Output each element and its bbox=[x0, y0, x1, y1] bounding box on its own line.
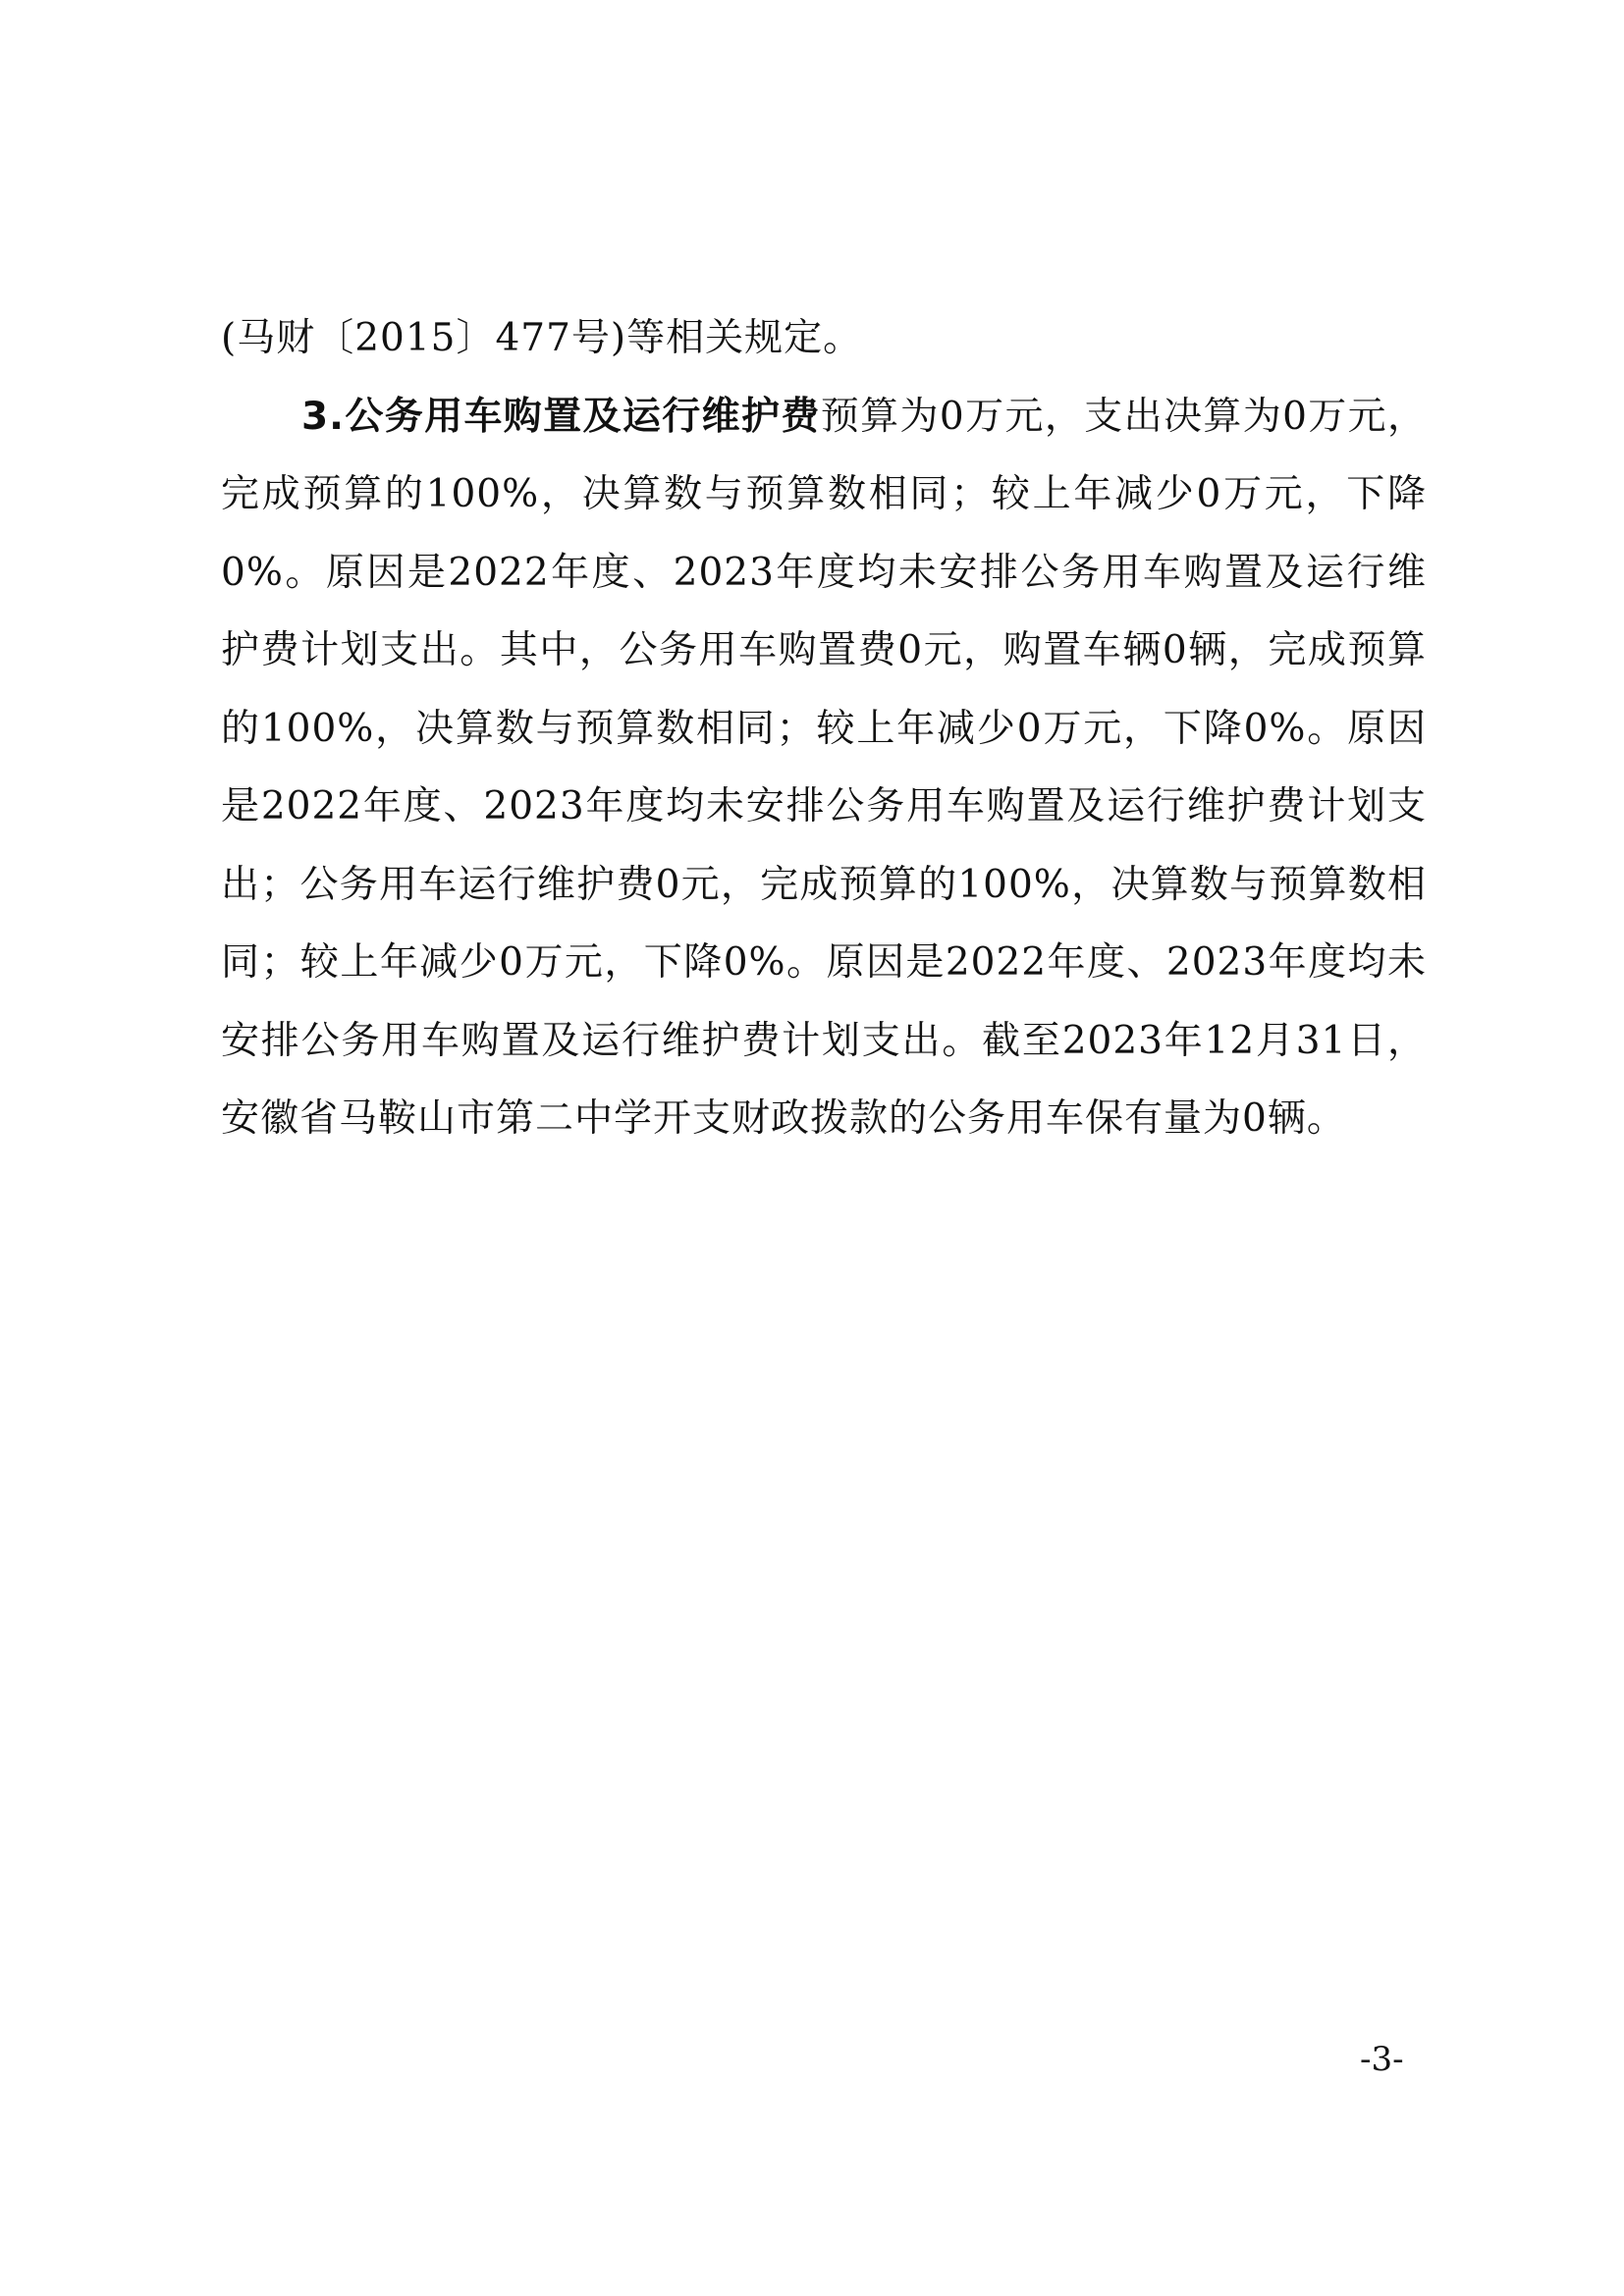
document-page: (马财〔2015〕477号)等相关规定。 3.公务用车购置及运行维护费预算为0万… bbox=[0, 0, 1624, 2296]
paragraph-vehicle-expense: 3.公务用车购置及运行维护费预算为0万元，支出决算为0万元，完成预算的100%，… bbox=[221, 378, 1427, 1158]
paragraph-text: (马财〔2015〕477号)等相关规定。 bbox=[221, 316, 862, 360]
paragraph-text: 预算为0万元，支出决算为0万元，完成预算的100%，决算数与预算数相同；较上年减… bbox=[221, 395, 1427, 1142]
section-heading: 3.公务用车购置及运行维护费 bbox=[301, 395, 821, 439]
document-body: (马财〔2015〕477号)等相关规定。 3.公务用车购置及运行维护费预算为0万… bbox=[221, 299, 1427, 1158]
paragraph-citation: (马财〔2015〕477号)等相关规定。 bbox=[221, 299, 1427, 378]
page-number: -3- bbox=[1360, 2040, 1404, 2079]
